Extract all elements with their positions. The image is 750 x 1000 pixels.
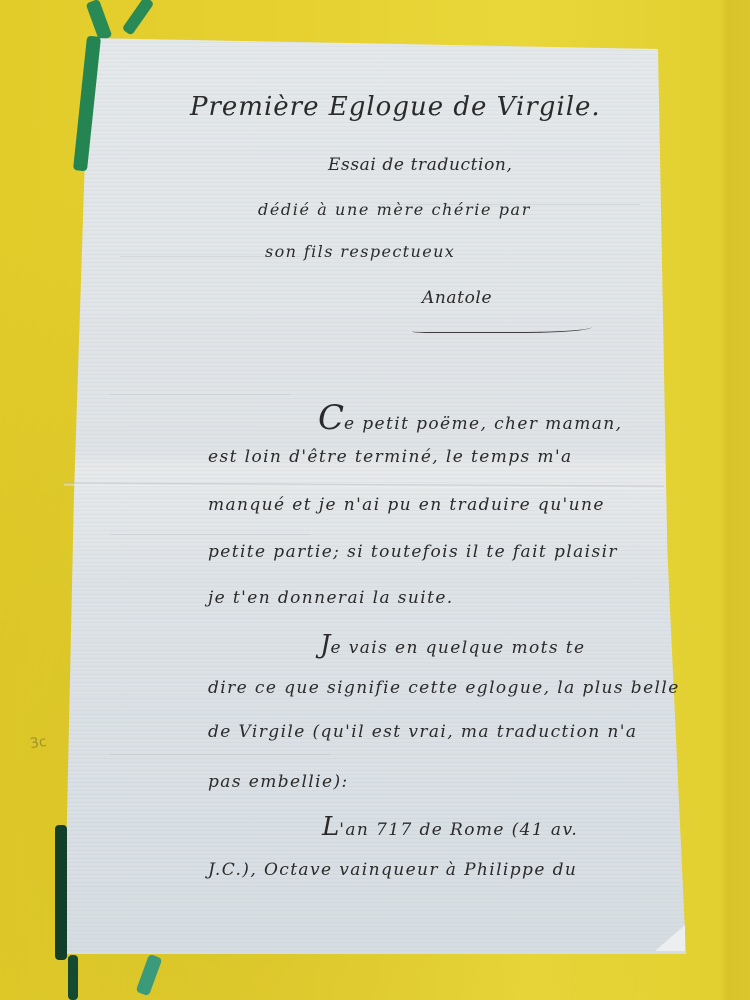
- body-line-6: Je vais en quelque mots te: [320, 630, 585, 660]
- manuscript-subtitle: Essai de traduction,: [328, 155, 512, 175]
- bleed-through-ink: [110, 740, 330, 755]
- drop-cap: J: [320, 630, 330, 660]
- line-text: 'an 717 de Rome (41 av.: [339, 820, 578, 840]
- body-line-3: manqué et je n'ai pu en traduire qu'une: [208, 495, 605, 515]
- line-text: e vais en quelque mots te: [330, 638, 585, 658]
- drop-cap: L: [322, 812, 339, 842]
- body-line-5: je t'en donnerai la suite.: [208, 588, 454, 608]
- line-text: e petit poëme, cher maman,: [344, 414, 622, 434]
- body-line-8: de Virgile (qu'il est vrai, ma traductio…: [208, 722, 637, 742]
- bleed-through-ink: [110, 520, 310, 535]
- green-ribbon-binding-bottom: [55, 825, 67, 960]
- author-signature: Anatole: [422, 288, 492, 308]
- body-line-2: est loin d'être terminé, le temps m'a: [208, 447, 573, 467]
- body-line-7: dire ce que signifie cette eglogue, la p…: [208, 678, 680, 698]
- bleed-through-ink: [110, 380, 290, 395]
- drop-cap: C: [318, 398, 344, 438]
- manuscript-title: Première Eglogue de Virgile.: [190, 92, 601, 122]
- body-line-9: pas embellie):: [208, 772, 349, 792]
- green-ribbon-tail-left: [68, 955, 78, 1000]
- body-line-1: Ce petit poëme, cher maman,: [318, 398, 622, 438]
- signature-flourish: [412, 318, 592, 333]
- dedication-line-2: son fils respectueux: [265, 242, 455, 261]
- body-line-4: petite partie; si toutefois il te fait p…: [208, 542, 618, 562]
- margin-pencil-mark: 3c: [29, 734, 48, 752]
- body-line-10: L'an 717 de Rome (41 av.: [322, 812, 578, 842]
- body-line-11: J.C.), Octave vainqueur à Philippe du: [208, 860, 577, 880]
- dedication-line-1: dédié à une mère chérie par: [258, 200, 531, 219]
